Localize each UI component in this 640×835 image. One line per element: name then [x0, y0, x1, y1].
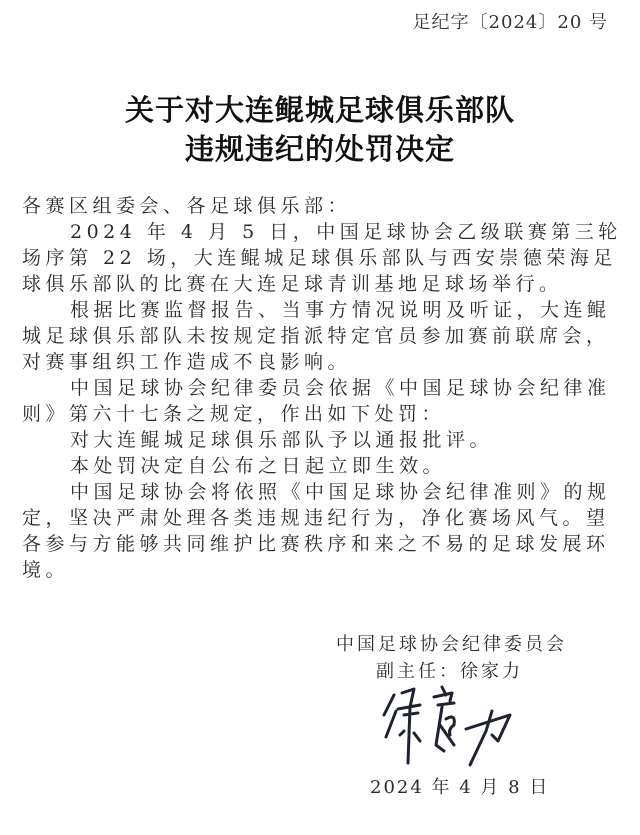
paragraph-findings: 根据比赛监督报告、当事方情况说明及听证，大连鲲城足球俱乐部队未按规定指派特定官员… [22, 297, 622, 375]
signing-organization: 中国足球协会纪律委员会 [336, 630, 567, 656]
document-title-line-2: 违规违纪的处罚决定 [0, 127, 640, 168]
paragraph-effective: 本处罚决定自公布之日起立即生效。 [22, 453, 622, 479]
document-number: 足纪字〔2024〕20 号 [413, 8, 608, 34]
paragraph-basis: 中国足球协会纪律委员会依据《中国足球协会纪律准则》第六十七条之规定，作出如下处罚… [22, 375, 622, 427]
paragraph-penalty: 对大连鲲城足球俱乐部队予以通报批评。 [22, 427, 622, 453]
signer-title: 副主任：徐家力 [376, 657, 523, 683]
handwritten-signature [380, 685, 530, 775]
document-body: 各赛区组委会、各足球俱乐部： 2024 年 4 月 5 日，中国足球协会乙级联赛… [22, 193, 622, 583]
document-title-line-1: 关于对大连鲲城足球俱乐部队 [0, 88, 640, 129]
signing-date: 2024 年 4 月 8 日 [370, 773, 549, 799]
paragraph-closing: 中国足球协会将依照《中国足球协会纪律准则》的规定，坚决严肃处理各类违规违纪行为，… [22, 479, 622, 583]
paragraph-incident: 2024 年 4 月 5 日，中国足球协会乙级联赛第三轮场序第 22 场，大连鲲… [22, 219, 622, 297]
salutation: 各赛区组委会、各足球俱乐部： [22, 193, 622, 219]
